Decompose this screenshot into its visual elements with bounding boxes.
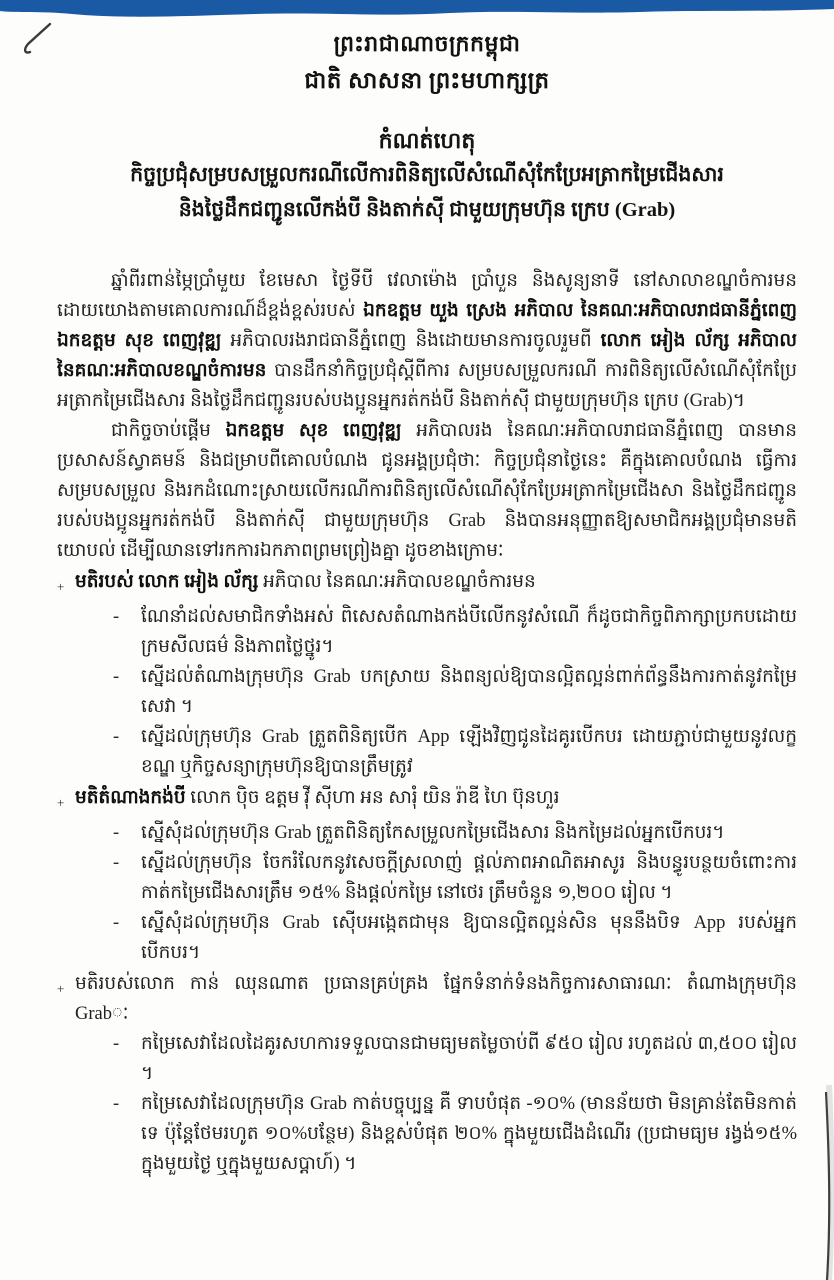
- plus-marker: +: [57, 567, 75, 602]
- text-segment: ស្នើសុំដល់ក្រុមហ៊ុន Grab ស៊ើបអង្កេតជាមុន…: [141, 913, 797, 963]
- dash-marker: -: [107, 1089, 141, 1179]
- bold-text-segment: មតិតំណាងកង់បី: [75, 788, 190, 808]
- dash-marker: -: [107, 722, 141, 782]
- text-segment: ស្នើដល់តំណាងក្រុមហ៊ុន Grab បកស្រាយ និងពន…: [141, 667, 797, 717]
- document-content: ព្រះរាជាណាចក្រកម្ពុជា ជាតិ សាសនា ព្រះមហា…: [57, 20, 797, 1179]
- text-run: ឆ្នាំពីរពាន់ម្ភៃប្រាំមួយ ខែមេសា ថ្ងៃទីបី…: [57, 271, 797, 411]
- text-run: ស្នើដល់ក្រុមហ៊ុន Grab ត្រួតពិនិត្យបើក Ap…: [141, 722, 797, 782]
- dash-marker: -: [107, 818, 141, 848]
- plus-marker: +: [57, 969, 75, 1029]
- document-body: ឆ្នាំពីរពាន់ម្ភៃប្រាំមួយ ខែមេសា ថ្ងៃទីបី…: [57, 266, 797, 1179]
- bullet-item: -ស្នើដល់តំណាងក្រុមហ៊ុន Grab បកស្រាយ និងព…: [57, 662, 797, 722]
- text-segment: កម្រៃសេវាដែលក្រុមហ៊ុន Grab កាត់បច្ចុប្បន…: [141, 1094, 797, 1174]
- dash-marker: -: [107, 662, 141, 722]
- scanner-top-bar: [0, 0, 834, 17]
- opinion-section-heading: +មតិរបស់ លោក អៀង ល័ក្ស អភិបាល នៃគណៈអភិបា…: [57, 567, 797, 602]
- text-run: ណែនាំដល់សមាជិកទាំងអស់ ពិសេសតំណាងកង់បីលើក…: [141, 602, 797, 662]
- national-header: ព្រះរាជាណាចក្រកម្ពុជា ជាតិ សាសនា ព្រះមហា…: [57, 26, 797, 100]
- plus-marker: +: [57, 783, 75, 818]
- bold-text-segment: មតិរបស់ លោក អៀង ល័ក្ស: [75, 572, 263, 592]
- bold-text-segment: ឯកឧត្តម សុខ ពេញវុឌ្ឍ: [226, 421, 417, 441]
- body-paragraph: ឆ្នាំពីរពាន់ម្ភៃប្រាំមួយ ខែមេសា ថ្ងៃទីបី…: [57, 266, 797, 416]
- text-segment: អភិបាល នៃគណៈអភិបាលខណ្ឌចំការមន: [263, 572, 536, 592]
- bullet-item: -ស្នើដល់ក្រុមហ៊ុន Grab ត្រួតពិនិត្យបើក A…: [57, 722, 797, 782]
- bullet-item: -ណែនាំដល់សមាជិកទាំងអស់ ពិសេសតំណាងកង់បីលើ…: [57, 602, 797, 662]
- text-segment: ស្នើដល់ក្រុមហ៊ុន ចែករំលែកនូវសេចក្ដីស្រលា…: [141, 853, 797, 903]
- text-segment: អភិបាលរង នៃគណៈអភិបាលរាជធានីភ្នំពេញ បានមា…: [57, 421, 797, 561]
- bullet-item: -ស្នើសុំដល់ក្រុមហ៊ុន Grab ស៊ើបអង្កេតជាមុ…: [57, 908, 797, 968]
- text-run: មតិរបស់ លោក អៀង ល័ក្ស អភិបាល នៃគណៈអភិបាល…: [75, 567, 797, 602]
- text-run: ស្នើដល់តំណាងក្រុមហ៊ុន Grab បកស្រាយ និងពន…: [141, 662, 797, 722]
- text-run: ស្នើសុំដល់ក្រុមហ៊ុន Grab ត្រួតពិនិត្យកែស…: [141, 818, 797, 848]
- text-run: ជាកិច្ចចាប់ផ្ដើម ឯកឧត្តម សុខ ពេញវុឌ្ឍ អភ…: [57, 421, 797, 561]
- bullet-item: -ស្នើសុំដល់ក្រុមហ៊ុន Grab ត្រួតពិនិត្យកែ…: [57, 818, 797, 848]
- national-motto: ជាតិ សាសនា ព្រះមហាក្សត្រ: [57, 62, 797, 100]
- text-segment: ស្នើសុំដល់ក្រុមហ៊ុន Grab ត្រួតពិនិត្យកែស…: [141, 823, 724, 843]
- document-subtitle-line1: កិច្ចប្រជុំសម្របសម្រួលករណីលើការពិនិត្យលើ…: [57, 158, 797, 193]
- bullet-item: -កម្រៃសេវាដែលដៃគូរសហការទទួលបានជាមធ្យមតម្…: [57, 1029, 797, 1089]
- document-title: កំណត់ហេតុ: [57, 124, 797, 158]
- scanned-document-page: ព្រះរាជាណាចក្រកម្ពុជា ជាតិ សាសនា ព្រះមហា…: [0, 0, 834, 1280]
- text-segment: កម្រៃសេវាដែលដៃគូរសហការទទួលបានជាមធ្យមតម្ល…: [141, 1034, 797, 1084]
- opinion-section-heading: +មតិតំណាងកង់បី លោក ប៉ិច ឧត្តម វ៉ី ស៊ីហា …: [57, 783, 797, 818]
- body-paragraph: ជាកិច្ចចាប់ផ្ដើម ឯកឧត្តម សុខ ពេញវុឌ្ឍ អភ…: [57, 416, 797, 566]
- text-segment: ជាកិច្ចចាប់ផ្ដើម: [111, 421, 226, 441]
- text-segment: លោក ប៉ិច ឧត្តម វ៉ី ស៊ីហា អន សារុំ យិន រ៉…: [190, 788, 559, 808]
- page-edge-shadow: [826, 1092, 829, 1280]
- document-title-block: កំណត់ហេតុ កិច្ចប្រជុំសម្របសម្រួលករណីលើកា…: [57, 124, 797, 228]
- document-subtitle-line2: និងថ្លៃដឹកជញ្ជូនលើកង់បី និងតាក់ស៊ី ជាមួយ…: [57, 193, 797, 228]
- page-edge-shadow-soft: [829, 1085, 832, 1280]
- text-run: ស្នើដល់ក្រុមហ៊ុន ចែករំលែកនូវសេចក្ដីស្រលា…: [141, 848, 797, 908]
- pen-checkmark: [25, 24, 50, 53]
- dash-marker: -: [107, 848, 141, 908]
- dash-marker: -: [107, 1029, 141, 1089]
- text-segment: អភិបាលរងរាជធានីភ្នំពេញ និងដោយមានការចូលរួ…: [230, 331, 600, 351]
- text-run: កម្រៃសេវាដែលដៃគូរសហការទទួលបានជាមធ្យមតម្ល…: [141, 1029, 797, 1089]
- kingdom-title: ព្រះរាជាណាចក្រកម្ពុជា: [57, 26, 797, 62]
- text-segment: ស្នើដល់ក្រុមហ៊ុន Grab ត្រួតពិនិត្យបើក Ap…: [141, 727, 797, 777]
- text-run: មតិតំណាងកង់បី លោក ប៉ិច ឧត្តម វ៉ី ស៊ីហា អ…: [75, 783, 797, 818]
- text-segment: ណែនាំដល់សមាជិកទាំងអស់ ពិសេសតំណាងកង់បីលើក…: [141, 607, 797, 657]
- dash-marker: -: [107, 908, 141, 968]
- text-run: ស្នើសុំដល់ក្រុមហ៊ុន Grab ស៊ើបអង្កេតជាមុន…: [141, 908, 797, 968]
- text-run: មតិរបស់លោក កាន់ ឈុនណាត ប្រធានគ្រប់គ្រង ផ…: [75, 969, 797, 1029]
- opinion-section-heading: +មតិរបស់លោក កាន់ ឈុនណាត ប្រធានគ្រប់គ្រង …: [57, 969, 797, 1029]
- text-segment: មតិរបស់លោក កាន់ ឈុនណាត ប្រធានគ្រប់គ្រង ផ…: [75, 974, 797, 1024]
- bullet-item: -ស្នើដល់ក្រុមហ៊ុន ចែករំលែកនូវសេចក្ដីស្រល…: [57, 848, 797, 908]
- bullet-item: -កម្រៃសេវាដែលក្រុមហ៊ុន Grab កាត់បច្ចុប្ប…: [57, 1089, 797, 1179]
- text-run: កម្រៃសេវាដែលក្រុមហ៊ុន Grab កាត់បច្ចុប្បន…: [141, 1089, 797, 1179]
- dash-marker: -: [107, 602, 141, 662]
